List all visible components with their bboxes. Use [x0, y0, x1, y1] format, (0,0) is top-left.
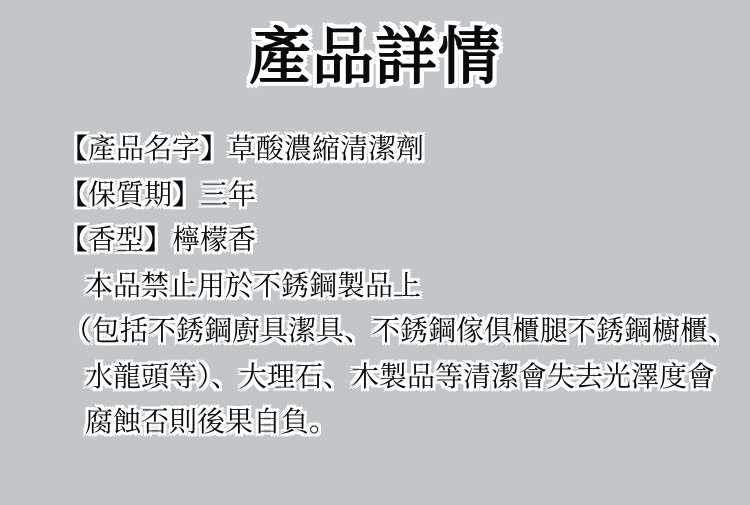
detail-line-fragrance: 【香型】檸檬香 — [60, 217, 730, 263]
detail-line-warning-1: 本品禁止用於不銹鋼製品上 — [60, 263, 730, 309]
product-detail-text: 【產品名字】草酸濃縮清潔劑 【保質期】三年 【香型】檸檬香 本品禁止用於不銹鋼製… — [60, 126, 730, 445]
page-title: 產品詳情 — [0, 0, 750, 94]
detail-line-warning-4: 腐蝕否則後果自負。 — [60, 399, 730, 445]
detail-line-shelf-life: 【保質期】三年 — [60, 172, 730, 218]
product-detail-page: 產品詳情 【產品名字】草酸濃縮清潔劑 【保質期】三年 【香型】檸檬香 本品禁止用… — [0, 0, 750, 505]
detail-line-warning-2: （包括不銹鋼廚具潔具、不銹鋼傢俱櫃腿不銹鋼櫥櫃、 — [60, 308, 730, 354]
detail-line-product-name: 【產品名字】草酸濃縮清潔劑 — [60, 126, 730, 172]
detail-line-warning-3: 水龍頭等）、大理石、木製品等清潔會失去光澤度會 — [60, 354, 730, 400]
